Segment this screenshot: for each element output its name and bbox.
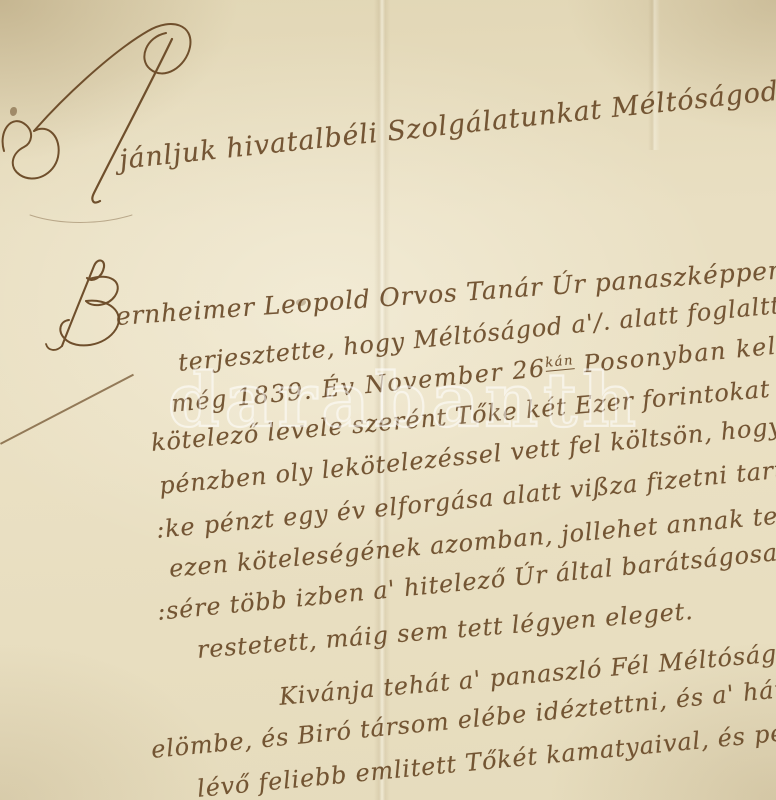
- top-right-fold-crease: [648, 0, 660, 150]
- date-superscript: kán: [545, 353, 575, 372]
- manuscript-photo: jánljuk hivatalbéli Szolgálatunkat Méltó…: [0, 0, 776, 800]
- salutation-line: jánljuk hivatalbéli Szolgálatunkat Méltó…: [118, 69, 776, 176]
- pen-stroke: [0, 374, 134, 445]
- initial-a-flourish: [0, 15, 210, 230]
